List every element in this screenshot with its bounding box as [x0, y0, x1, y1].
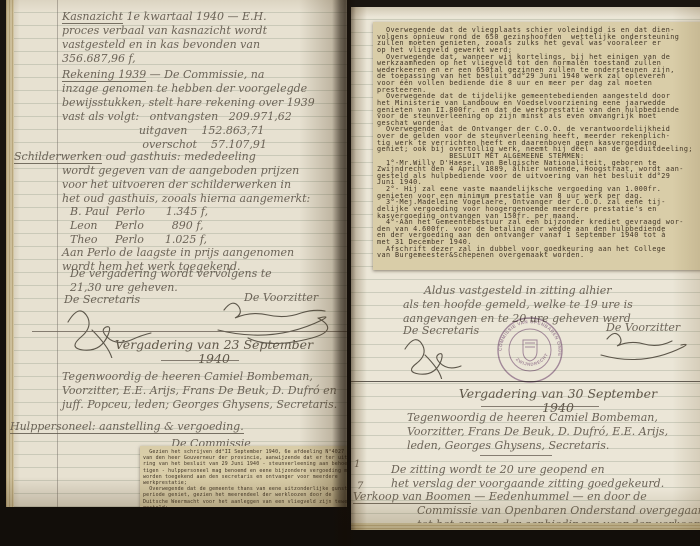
typed-note-left-lines-line-9: gesteld; — [143, 505, 347, 507]
price-list: B. Paul Perlo 1.345 f,Leon Perlo 890 f,T… — [70, 205, 310, 247]
typed-note-left-lines-line-8: Duitsche Weermacht voor het aanleggen va… — [143, 499, 347, 505]
stamp-outer-ring — [498, 318, 562, 382]
attendance-30-sept: Tegenwoordig de heeren Camiel Bombeman,V… — [407, 411, 695, 453]
entry-rekening-lines-line-3: uitgaven 152.863,71 — [62, 124, 346, 138]
attendance-30-sept-line-2: leden, Georges Ghysens, Secretaris. — [407, 439, 695, 453]
entry-kasnazicht-lines-line-2: 356.687,96 f, — [62, 52, 344, 66]
entry-schilderwerken-title-line: Schilderwerken oud gasthuis: mededeeling — [14, 150, 344, 164]
entry-kasnazicht-lines-line-1: vastgesteld en in kas bevonden van — [62, 38, 344, 52]
entry-kasnazicht-title-rest: 1e kwartaal 1940 — E.H. — [123, 10, 267, 23]
typed-note-right-lines-line-34: van Burgemeester&Schepenen overgemaakt w… — [377, 252, 699, 259]
attendance-23-sept-line-1: Voorzitter, E.E. Arijs, Frans De Beuk, D… — [62, 384, 347, 398]
role-secretary-right: De Secretaris — [403, 324, 479, 338]
svg-text:COMMISSIE VAN OPENBAREN ONDERS: COMMISSIE VAN OPENBAREN ONDERSTAND — [495, 315, 563, 357]
margin-mark-1: 1 — [354, 459, 360, 470]
price-list-line-0: B. Paul Perlo 1.345 f, — [70, 205, 310, 219]
attendance-divider — [480, 455, 552, 456]
meeting-heading-23-underline — [161, 360, 239, 361]
stamp-shield-emblem — [523, 340, 537, 361]
separator-line-left — [32, 331, 347, 332]
typed-note-left-lines-line-7: periode geniet, gezien het meerendeel de… — [143, 492, 347, 498]
left-page: Kasnazicht 1e kwartaal 1940 — E.H. proce… — [6, 0, 347, 507]
entry-rekening-1939: Rekening 1939 — De Commissie, na inzage … — [62, 68, 346, 152]
zitting-opening: De zitting wordt te 20 ure geopend enhet… — [391, 463, 691, 491]
zitting-opening-line-0: De zitting wordt te 20 ure geopend en — [391, 463, 691, 477]
closing-right-lines-line-1: als ten hoofde gemeld, welke te 19 ure i… — [403, 298, 693, 312]
signature-chairman-underline-2 — [601, 344, 686, 359]
entry-kasnazicht-lines: proces verbaal van kasnazicht wordtvastg… — [62, 24, 344, 66]
entry-rekening-lines: inzage genomen te hebben der voorgelegde… — [62, 82, 346, 152]
entry-schilderwerken-body: wordt gegeven van de aangeboden prijzenv… — [62, 164, 346, 206]
price-list-line-2: Theo Perlo 1.025 f, — [70, 233, 310, 247]
coo-round-stamp: COMMISSIE VAN OPENBAREN ONDERSTAND ZWIJN… — [495, 315, 565, 385]
entry-hulppersoneel-title: Hulppersoneel: aanstelling & vergoeding. — [10, 420, 310, 434]
entry-rekening-title-rest: — De Commissie, na — [146, 68, 264, 81]
attendance-23-sept-line-2: juff. Popceu, leden; Georges Ghysens, Se… — [62, 398, 347, 412]
right-page-edge-stack — [351, 523, 700, 530]
signature-secretary-flourish-2 — [425, 355, 442, 379]
stamp-arc-top-text: COMMISSIE VAN OPENBAREN ONDERSTAND — [495, 315, 563, 357]
attendance-23-sept-line-0: Tegenwoordig de heeren Camiel Bombeman, — [62, 370, 347, 384]
attendance-23-sept: Tegenwoordig de heeren Camiel Bombeman,V… — [62, 370, 347, 412]
entry-rekening-lines-line-1: bewijsstukken, stelt hare rekening over … — [62, 96, 346, 110]
typed-note-right-lines-line-22: gesteld als hulpbediende voor de uitvoer… — [377, 173, 699, 180]
right-page: Overwegende dat de vliegplaats schier vo… — [351, 7, 700, 530]
entry-rekening-title: Rekening 1939 — De Commissie, na — [62, 68, 346, 82]
typed-note-left: Gezien het schrijven dd°II September 194… — [140, 446, 347, 507]
typed-note-left-lines-line-2: ring van het besluit van 29 Juni 1940 - … — [143, 461, 347, 467]
entry-schilderwerken-body-line-1: voor het uitvoeren der schilderwerken in — [62, 178, 346, 192]
entry-rekening-lines-line-2: vast als volgt: ontvangsten 209.971,62 — [62, 110, 346, 124]
signature-chairman-underline — [218, 317, 326, 335]
entry-kasnazicht-title: Kasnazicht 1e kwartaal 1940 — E.H. — [62, 10, 344, 24]
entry-schilderwerken-body-line-2: het oud gasthuis, zooals hierna aangemer… — [62, 192, 346, 206]
typed-note-right-lines: Overwegende dat de vliegplaats schier vo… — [377, 27, 699, 259]
closing-left-line-0: De vergadering wordt vervolgens te — [70, 267, 346, 281]
verkoop-boomen-body-line-0: Commissie van Openbaren Onderstand overg… — [417, 504, 697, 518]
meeting-heading-23-sept: Vergadering van 23 September 1940 — [108, 338, 320, 366]
typed-note-left-lines: Gezien het schrijven dd°II September 194… — [143, 449, 347, 507]
price-list-line-1: Leon Perlo 890 f, — [70, 219, 310, 233]
entry-kasnazicht: Kasnazicht 1e kwartaal 1940 — E.H. proce… — [62, 10, 344, 66]
typed-note-right: Overwegende dat de vliegplaats schier vo… — [373, 22, 700, 270]
scanned-register-spread: Kasnazicht 1e kwartaal 1940 — E.H. proce… — [0, 0, 700, 546]
signature-secretary-ghysens-2 — [405, 340, 461, 375]
role-secretary-left: De Secretaris — [64, 293, 140, 307]
role-chairman-right: De Voorzitter — [606, 321, 680, 335]
entry-rekening-lines-line-0: inzage genomen te hebben der voorgelegde — [62, 82, 346, 96]
typed-note-left-lines-line-3: tigen - hulppersoneel mag benoemd en een… — [143, 468, 347, 474]
entry-rekening-title-underlined: Rekening 1939 — [62, 68, 146, 82]
attendance-30-sept-line-1: Voorzitter, Frans De Beuk, D. Dufró, E.E… — [407, 425, 695, 439]
verkoop-boomen-title: Verkoop van Boomen — [353, 490, 471, 504]
signature-chairman-bombeman-2 — [607, 333, 672, 346]
attendance-30-sept-line-0: Tegenwoordig de heeren Camiel Bombeman, — [407, 411, 695, 425]
meeting-heading-30-underline — [481, 406, 599, 407]
entry-kasnazicht-lines-line-0: proces verbaal van kasnazicht wordt — [62, 24, 344, 38]
role-chairman-left: De Voorzitter — [244, 291, 318, 305]
verkoop-boomen-title-line: Verkoop van Boomen — Eedenhummel — en do… — [353, 490, 693, 504]
entry-hulppersoneel-title-text: Hulppersoneel: aanstelling & vergoeding. — [10, 420, 244, 434]
entry-schilderwerken-title: Schilderwerken oud gasthuis: mededeeling — [14, 150, 344, 164]
entry-kasnazicht-title-underlined: Kasnazicht — [62, 10, 123, 24]
zitting-opening-line-1: het verslag der voorgaande zitting goedg… — [391, 477, 691, 491]
entry-schilderwerken-decision-line-0: Aan Perlo de laagste in prijs aangenomen — [62, 246, 346, 260]
entry-schilderwerken-body-line-0: wordt gegeven van de aangeboden prijzen — [62, 164, 346, 178]
closing-right-lines-line-0: Aldus vastgesteld in zitting alhier — [403, 284, 693, 298]
svg-text:ZWIJNDRECHT: ZWIJNDRECHT — [515, 352, 549, 367]
signature-chairman-bombeman — [224, 303, 325, 318]
stamp-arc-bottom-text: ZWIJNDRECHT — [515, 352, 549, 367]
entry-schilderwerken-title-rest: oud gasthuis: mededeeling — [102, 150, 256, 163]
entry-schilderwerken-title-underlined: Schilderwerken — [14, 150, 102, 164]
verkoop-boomen-rest: — Eedenhummel — en door de — [471, 490, 647, 503]
